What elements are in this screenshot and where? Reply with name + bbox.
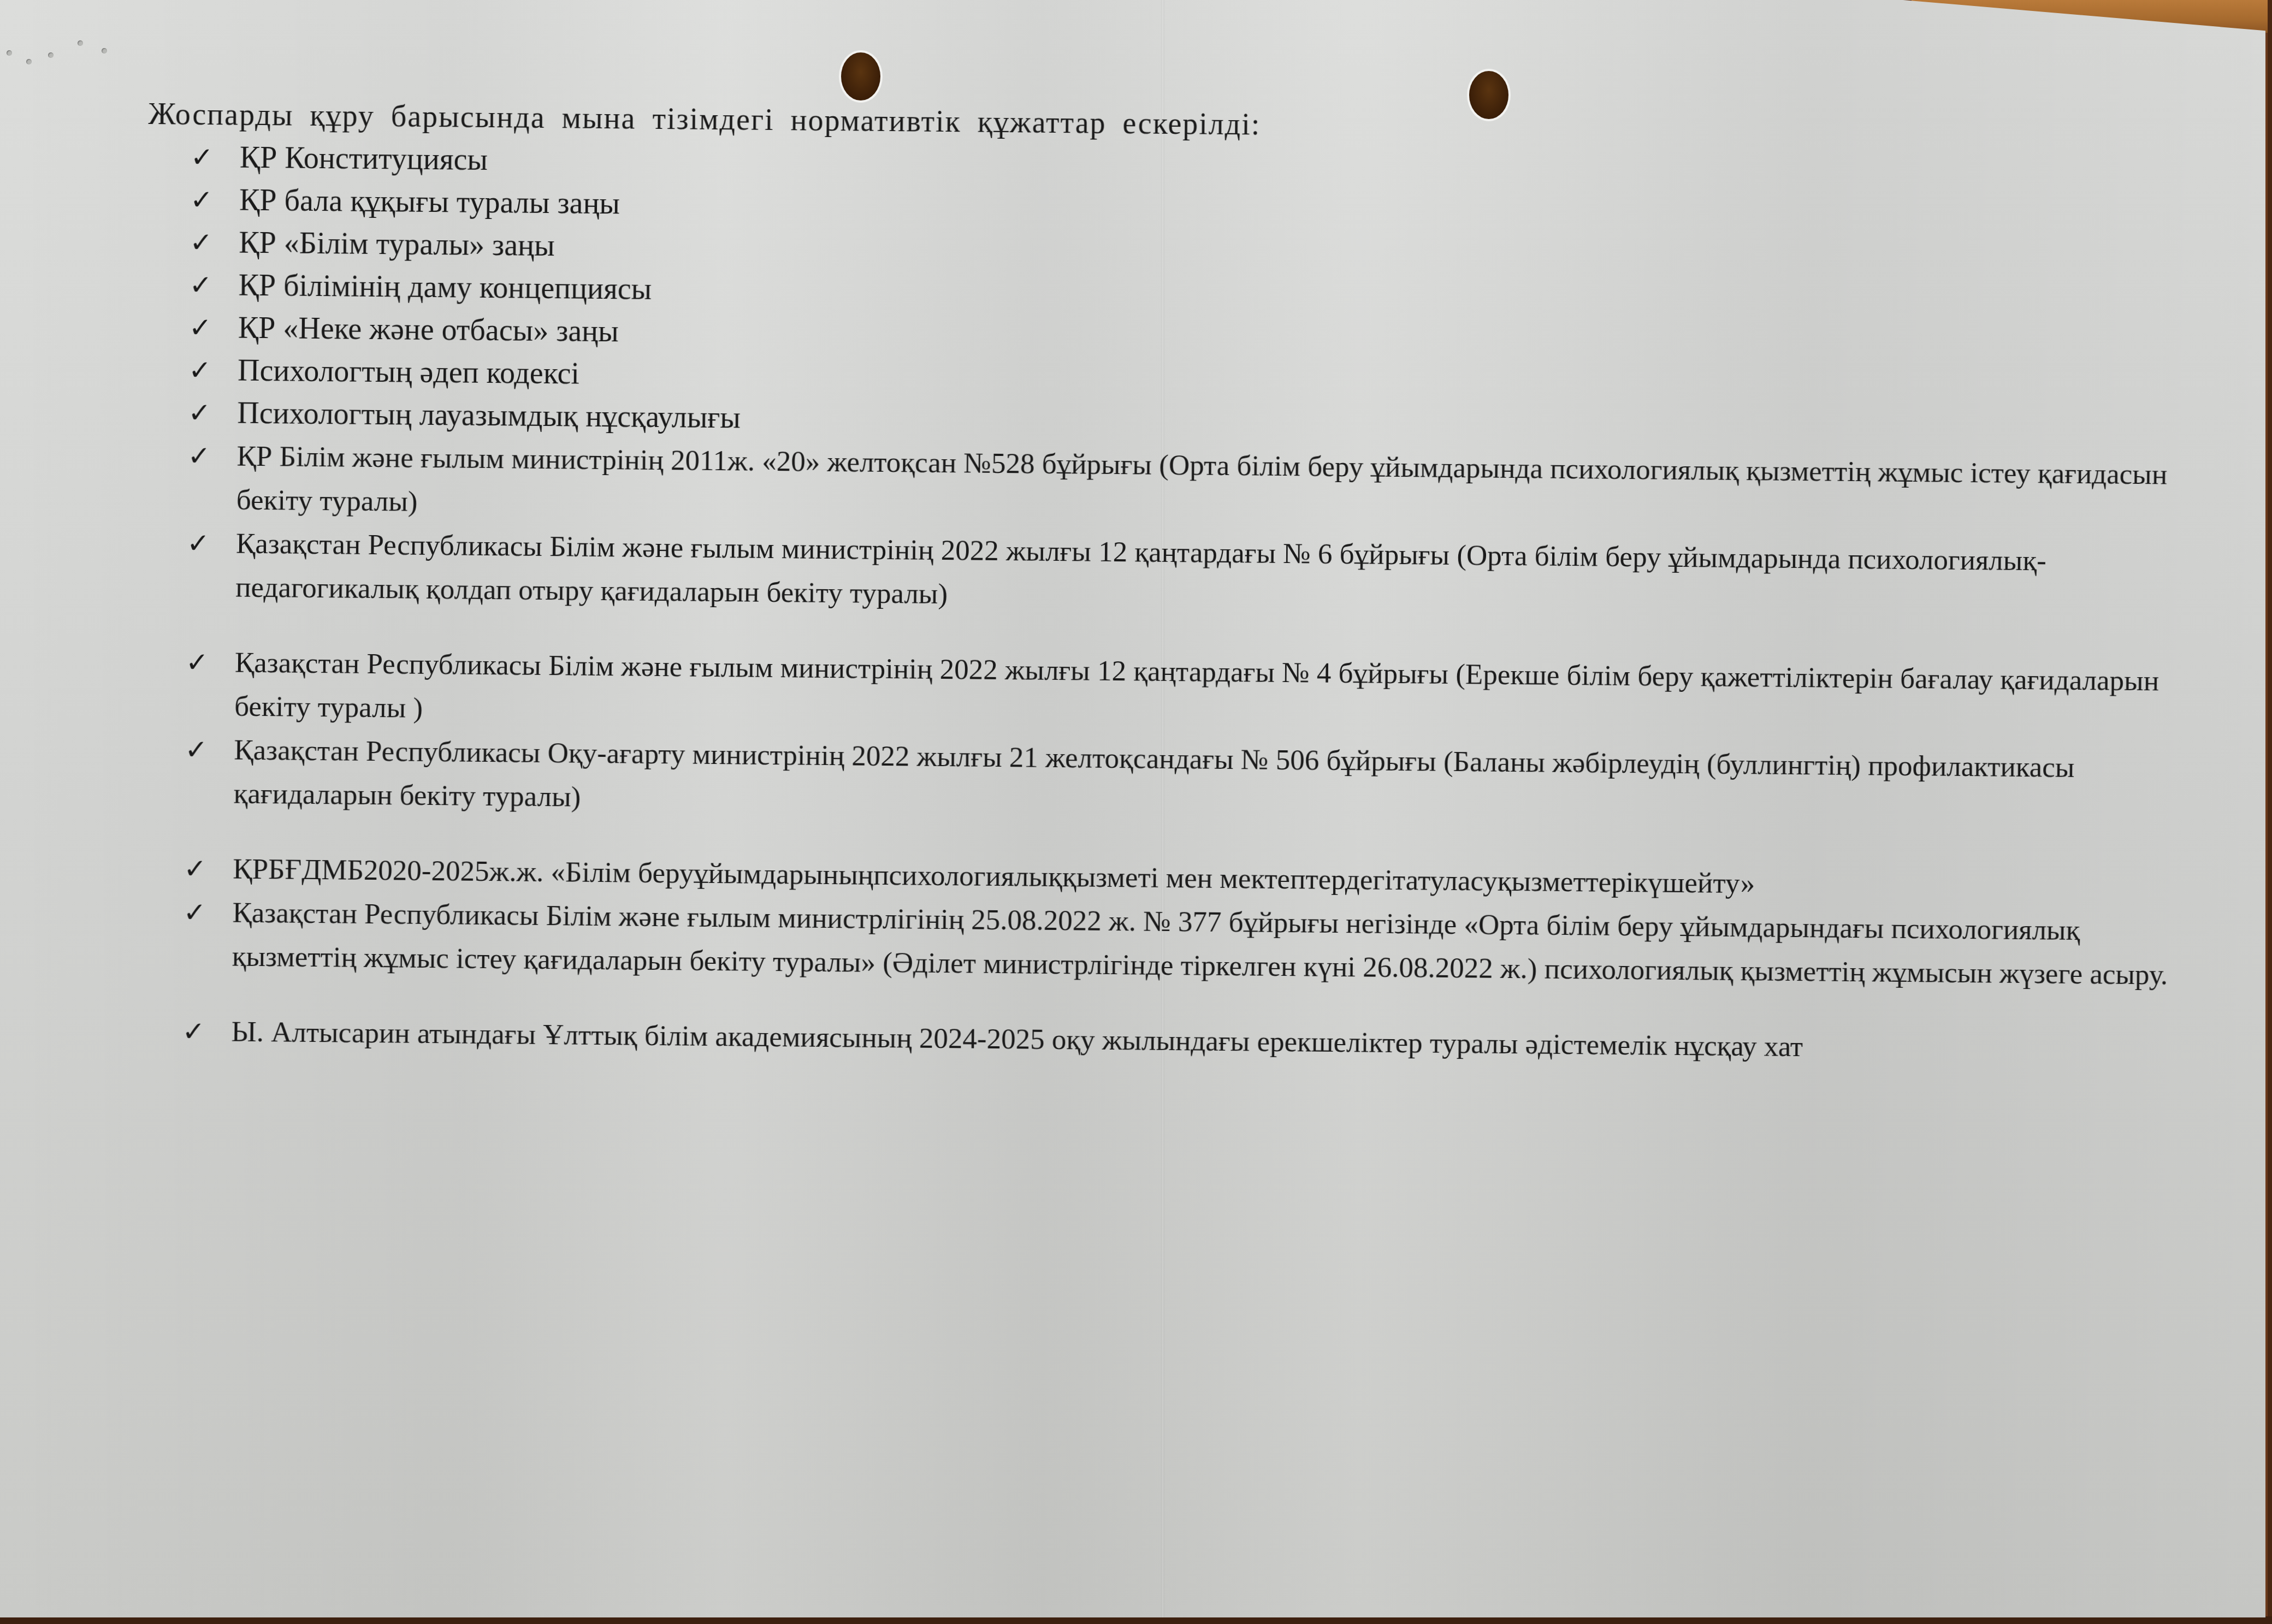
normative-documents-list: ✓ҚР Конституциясы ✓ҚР бала құқығы туралы… [139, 135, 2191, 1072]
paper-sheet: Жоспарды құру барысында мына тізімдегі н… [0, 0, 2265, 1617]
check-mark-icon: ✓ [184, 847, 207, 891]
table-surface-right [2268, 0, 2272, 1624]
punch-hole-icon [841, 52, 880, 100]
staple-mark [48, 52, 54, 58]
check-mark-icon: ✓ [188, 349, 212, 392]
staple-mark [78, 40, 83, 46]
check-mark-icon: ✓ [190, 221, 213, 264]
document-body: Жоспарды құру барысында мына тізімдегі н… [139, 93, 2191, 1072]
table-surface-bottom [0, 1616, 2272, 1624]
check-mark-icon: ✓ [183, 891, 206, 934]
check-mark-icon: ✓ [190, 136, 214, 179]
check-mark-icon: ✓ [182, 1010, 205, 1053]
staple-mark [7, 50, 12, 56]
staple-mark [26, 59, 32, 64]
check-mark-icon: ✓ [188, 392, 211, 434]
check-mark-icon: ✓ [189, 306, 212, 349]
check-mark-icon: ✓ [187, 434, 211, 478]
check-mark-icon: ✓ [187, 521, 210, 565]
check-mark-icon: ✓ [186, 641, 209, 684]
check-mark-icon: ✓ [189, 264, 212, 306]
check-mark-icon: ✓ [185, 728, 208, 772]
staple-mark [102, 48, 107, 54]
check-mark-icon: ✓ [190, 179, 214, 221]
